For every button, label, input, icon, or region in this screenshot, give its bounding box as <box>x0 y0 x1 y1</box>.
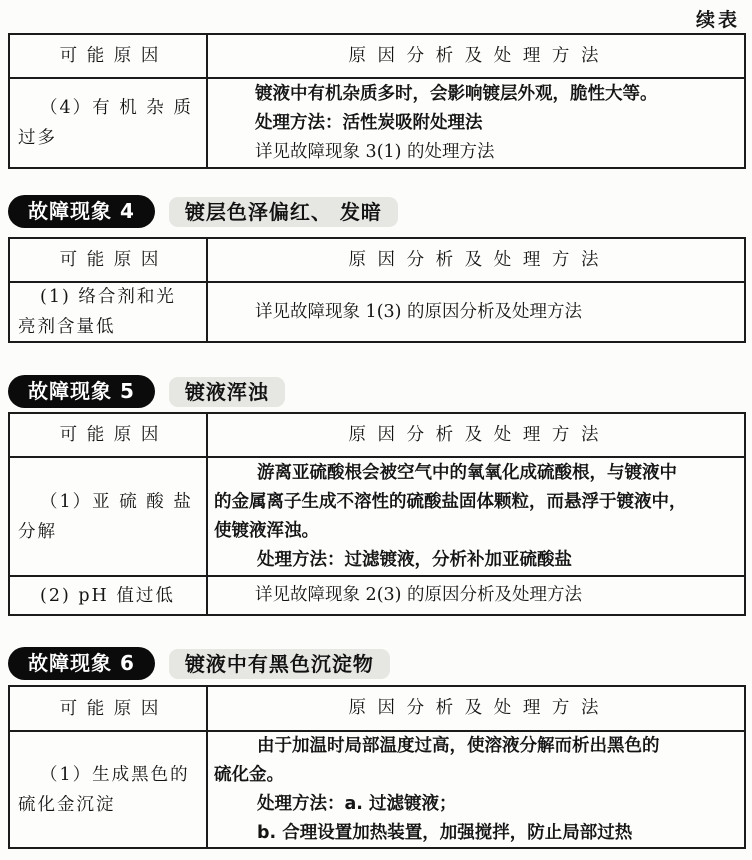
cause-line: 硫化金沉淀 <box>18 790 202 820</box>
cause-cell: (1) 络合剂和光 亮剂含量低 <box>10 283 208 341</box>
cause-line: (1) 络合剂和光 <box>18 282 202 312</box>
analysis-line: 处理方法：a. 过滤镀液； <box>214 790 736 819</box>
fault-section-5: 故障现象 5 镀液浑浊 <box>8 375 285 408</box>
column-header-possible-cause: 可 能 原 因 <box>10 239 208 281</box>
analysis-cell: 镀液中有机杂质多时，会影响镀层外观，脆性大等。 处理方法：活性炭吸附处理法 详见… <box>208 79 744 167</box>
analysis-cell: 由于加温时局部温度过高，使溶液分解而析出黑色的 硫化金。 处理方法：a. 过滤镀… <box>208 732 744 847</box>
analysis-cell: 详见故障现象 1(3) 的原因分析及处理方法 <box>208 283 744 341</box>
cause-line: 亮剂含量低 <box>18 312 202 342</box>
table-row: (1) 络合剂和光 亮剂含量低 详见故障现象 1(3) 的原因分析及处理方法 <box>10 281 744 341</box>
analysis-cell: 详见故障现象 2(3) 的原因分析及处理方法 <box>208 577 744 614</box>
cause-line: 过多 <box>18 123 202 153</box>
table-row: （1）亚 硫 酸 盐 分解 游离亚硫酸根会被空气中的氧氧化成硫酸根，与镀液中 的… <box>10 456 744 575</box>
fault-section-4: 故障现象 4 镀层色泽偏红、 发暗 <box>8 195 398 228</box>
table-header-row: 可 能 原 因 原 因 分 析 及 处 理 方 法 <box>10 35 744 77</box>
analysis-line: 详见故障现象 1(3) 的原因分析及处理方法 <box>255 298 736 327</box>
cause-cell: （4）有 机 杂 质 过多 <box>10 79 208 167</box>
column-header-possible-cause: 可 能 原 因 <box>10 35 208 77</box>
continued-table-label: 续表 <box>696 5 740 32</box>
cause-cell: (2) pH 值过低 <box>10 577 208 614</box>
analysis-line: 处理方法：过滤镀液，分析补加亚硫酸盐 <box>214 546 736 575</box>
fault-table-4: 可 能 原 因 原 因 分 析 及 处 理 方 法 (1) 络合剂和光 亮剂含量… <box>8 237 746 343</box>
fault-table-continued: 可 能 原 因 原 因 分 析 及 处 理 方 法 （4）有 机 杂 质 过多 … <box>8 33 746 169</box>
analysis-line: 的金属离子生成不溶性的硫酸盐固体颗粒，而悬浮于镀液中， <box>214 488 736 517</box>
fault-badge-4: 故障现象 4 <box>8 195 155 228</box>
cause-line: (2) pH 值过低 <box>18 581 202 611</box>
analysis-line: 硫化金。 <box>214 761 736 790</box>
column-header-possible-cause: 可 能 原 因 <box>10 687 208 730</box>
column-header-possible-cause: 可 能 原 因 <box>10 414 208 456</box>
table-row: （1）生成黑色的 硫化金沉淀 由于加温时局部温度过高，使溶液分解而析出黑色的 硫… <box>10 730 744 847</box>
fault-title-6: 镀液中有黑色沉淀物 <box>169 649 390 679</box>
fault-table-5: 可 能 原 因 原 因 分 析 及 处 理 方 法 （1）亚 硫 酸 盐 分解 … <box>8 412 746 616</box>
analysis-line: 由于加温时局部温度过高，使溶液分解而析出黑色的 <box>214 732 736 761</box>
table-row: (2) pH 值过低 详见故障现象 2(3) 的原因分析及处理方法 <box>10 575 744 614</box>
table-header-row: 可 能 原 因 原 因 分 析 及 处 理 方 法 <box>10 239 744 281</box>
fault-title-5: 镀液浑浊 <box>169 377 285 407</box>
table-header-row: 可 能 原 因 原 因 分 析 及 处 理 方 法 <box>10 414 744 456</box>
analysis-cell: 游离亚硫酸根会被空气中的氧氧化成硫酸根，与镀液中 的金属离子生成不溶性的硫酸盐固… <box>208 458 744 575</box>
scanned-document-page: 续表 可 能 原 因 原 因 分 析 及 处 理 方 法 （4）有 机 杂 质 … <box>0 0 752 860</box>
analysis-line: 详见故障现象 2(3) 的原因分析及处理方法 <box>255 581 736 610</box>
analysis-line: 详见故障现象 3(1) 的处理方法 <box>255 138 736 167</box>
column-header-analysis: 原 因 分 析 及 处 理 方 法 <box>208 687 744 730</box>
analysis-line: 使镀液浑浊。 <box>214 517 736 546</box>
analysis-line: b. 合理设置加热装置，加强搅拌，防止局部过热 <box>214 819 736 848</box>
table-header-row: 可 能 原 因 原 因 分 析 及 处 理 方 法 <box>10 687 744 730</box>
cause-line: （4）有 机 杂 质 <box>18 93 202 123</box>
column-header-analysis: 原 因 分 析 及 处 理 方 法 <box>208 414 744 456</box>
fault-table-6: 可 能 原 因 原 因 分 析 及 处 理 方 法 （1）生成黑色的 硫化金沉淀… <box>8 685 746 849</box>
cause-line: 分解 <box>18 517 202 547</box>
cause-line: （1）生成黑色的 <box>18 760 202 790</box>
fault-section-6: 故障现象 6 镀液中有黑色沉淀物 <box>8 647 390 680</box>
cause-cell: （1）生成黑色的 硫化金沉淀 <box>10 732 208 847</box>
cause-cell: （1）亚 硫 酸 盐 分解 <box>10 458 208 575</box>
analysis-line: 游离亚硫酸根会被空气中的氧氧化成硫酸根，与镀液中 <box>214 459 736 488</box>
fault-title-4: 镀层色泽偏红、 发暗 <box>169 197 398 227</box>
column-header-analysis: 原 因 分 析 及 处 理 方 法 <box>208 239 744 281</box>
fault-badge-6: 故障现象 6 <box>8 647 155 680</box>
cause-line: （1）亚 硫 酸 盐 <box>18 487 202 517</box>
analysis-line: 处理方法：活性炭吸附处理法 <box>255 109 736 138</box>
fault-badge-5: 故障现象 5 <box>8 375 155 408</box>
analysis-line: 镀液中有机杂质多时，会影响镀层外观，脆性大等。 <box>255 80 736 109</box>
column-header-analysis: 原 因 分 析 及 处 理 方 法 <box>208 35 744 77</box>
table-row: （4）有 机 杂 质 过多 镀液中有机杂质多时，会影响镀层外观，脆性大等。 处理… <box>10 77 744 167</box>
